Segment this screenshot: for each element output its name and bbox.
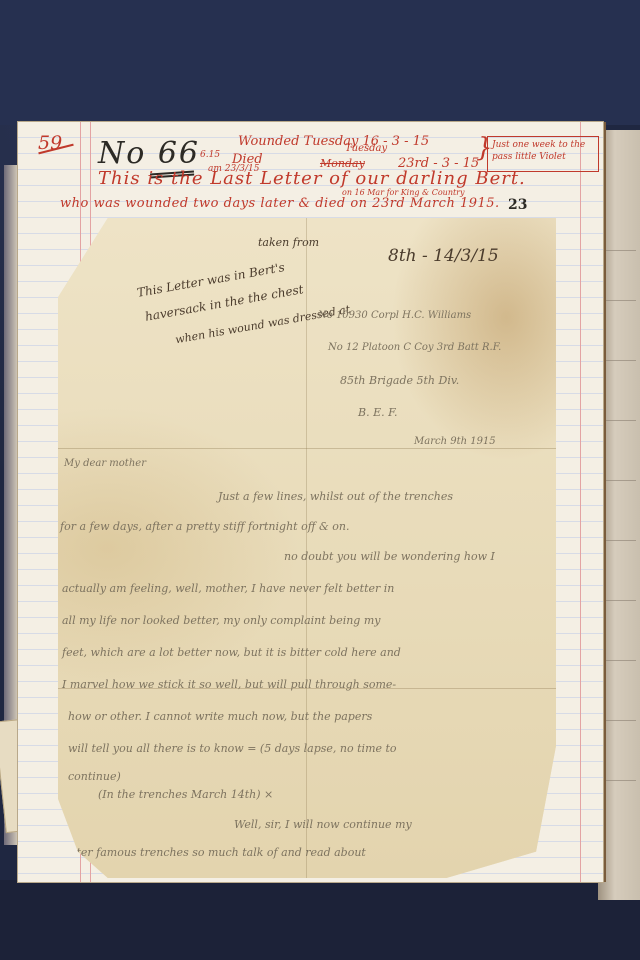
body-line-5: all my life nor looked better, my only c… [62, 614, 381, 627]
entry-number: No 66 [98, 136, 200, 171]
body-line-13: letter famous trenches so much talk of a… [62, 846, 366, 859]
body-line-2: for a few days, after a pretty stiff for… [60, 520, 349, 533]
annotation-date: 8th - 14/3/15 [388, 246, 499, 266]
body-line-7: I marvel how we stick it so well, but wi… [62, 678, 396, 691]
cloth-background [0, 0, 640, 125]
body-line-8: how or other. I cannot write much now, b… [68, 710, 372, 723]
body-line-1: Just a few lines, whilst out of the tren… [218, 490, 453, 503]
body-line-10: continue) [68, 770, 121, 783]
body-line-6: feet, which are a lot better now, but it… [62, 646, 401, 659]
body-line-11: (In the trenches March 14th) × [98, 788, 273, 801]
address-line-2: No 12 Platoon C Coy 3rd Batt R.F. [328, 342, 501, 353]
annotation-taken-from: taken from [258, 236, 319, 249]
cloth-background-bottom [0, 880, 640, 960]
body-line-12: Well, sir, I will now continue my [234, 818, 412, 831]
body-line-9: will tell you all there is to know = (5 … [68, 742, 397, 755]
body-line-4: actually am feeling, well, mother, I hav… [62, 582, 394, 595]
date-23-overwrite: 23 [508, 197, 527, 213]
wounded-date: Wounded Tuesday 16 - 3 - 15 [238, 134, 429, 149]
boxed-note: Just one week to the pass little Violet [487, 136, 599, 172]
title-line: This is the Last Letter of our darling B… [98, 168, 526, 189]
tuesday-insert: Tuesday [345, 143, 387, 154]
salutation: My dear mother [64, 458, 146, 469]
died-time: 6.15 [200, 150, 220, 160]
subtitle-line: who was wounded two days later & died on… [60, 196, 500, 211]
letter-sheet: taken from 8th - 14/3/15 This Letter was… [58, 218, 556, 878]
adjacent-page [598, 130, 640, 900]
address-line-3: 85th Brigade 5th Div. [340, 374, 459, 387]
address-line-1: No 10930 Corpl H.C. Williams [318, 310, 471, 321]
letter-date: March 9th 1915 [414, 436, 496, 447]
address-line-4: B. E. F. [358, 406, 398, 419]
body-line-3: no doubt you will be wondering how I [284, 550, 495, 563]
